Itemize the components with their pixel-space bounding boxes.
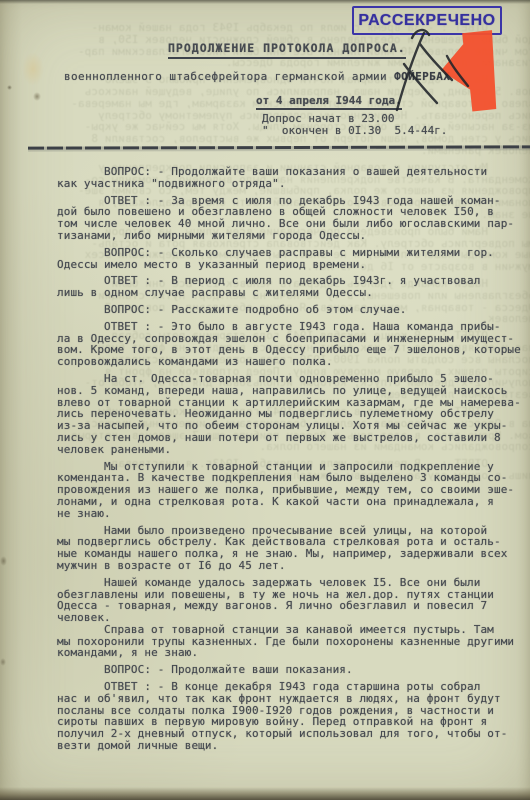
prisoner-name: ФОЙЕРБАХ — [394, 70, 450, 83]
scan-edge-top — [0, 0, 530, 4]
interrogation-end-time: " окончен в 0I.30 5.4-44г. — [262, 124, 447, 137]
paper-blemish — [22, 52, 44, 86]
document-body: ВОПРОС: - Продолжайте ваши показания о в… — [57, 166, 530, 752]
typed-divider-line — [28, 145, 530, 149]
answer-paragraph: ОТВЕТ : - За время с июля по декабрь I94… — [57, 195, 530, 242]
document-subtitle: военнопленного штабсефрейтора германской… — [64, 70, 450, 83]
answer-paragraph: ОТВЕТ : - В конце декабря I943 года стар… — [57, 681, 530, 752]
answer-paragraph: На ст. Одесса-товарная почти одновременн… — [57, 373, 530, 456]
paper-blemish — [33, 92, 41, 101]
document-date: от 4 апреля I944 года. — [256, 94, 402, 110]
declassified-stamp: РАССЕКРЕЧЕНО — [352, 6, 502, 35]
paper-blemish — [7, 85, 12, 90]
answer-paragraph: ОТВЕТ : - В период с июля по декабрь I94… — [57, 275, 530, 299]
answer-paragraph: Нашей команде удалось задержать человек … — [57, 577, 530, 624]
declassified-stamp-label: РАССЕКРЕЧЕНО — [358, 12, 495, 30]
question-paragraph: ВОПРОС: - Расскажите подробно об этом сл… — [57, 304, 530, 316]
answer-paragraph: Справа от товарной станции за канавой им… — [57, 624, 530, 659]
subtitle-text: военнопленного штабсефрейтора германской… — [64, 70, 394, 83]
question-paragraph: ВОПРОС: - Сколько случаев расправы с мир… — [57, 247, 530, 271]
document-title: ПРОДОЛЖЕНИЕ ПРОТОКОЛА ДОПРОСА. — [168, 41, 406, 59]
paper-blemish — [0, 556, 7, 566]
answer-paragraph: ОТВЕТ : - Это было в августе I943 года. … — [57, 321, 530, 368]
question-paragraph: ВОПРОС: - Продолжайте ваши показания. — [57, 664, 530, 676]
scan-edge-bottom — [0, 787, 530, 800]
answer-paragraph: Нами было произведено прочесывание всей … — [57, 525, 530, 572]
paper-blemish — [0, 658, 6, 666]
answer-paragraph: Мы отступили к товарной станции и запрос… — [57, 461, 530, 520]
scanned-document-page: ОТВЕТ : - За время с июля по декабрь I94… — [0, 0, 530, 800]
question-paragraph: ВОПРОС: - Продолжайте ваши показания о в… — [57, 166, 530, 190]
